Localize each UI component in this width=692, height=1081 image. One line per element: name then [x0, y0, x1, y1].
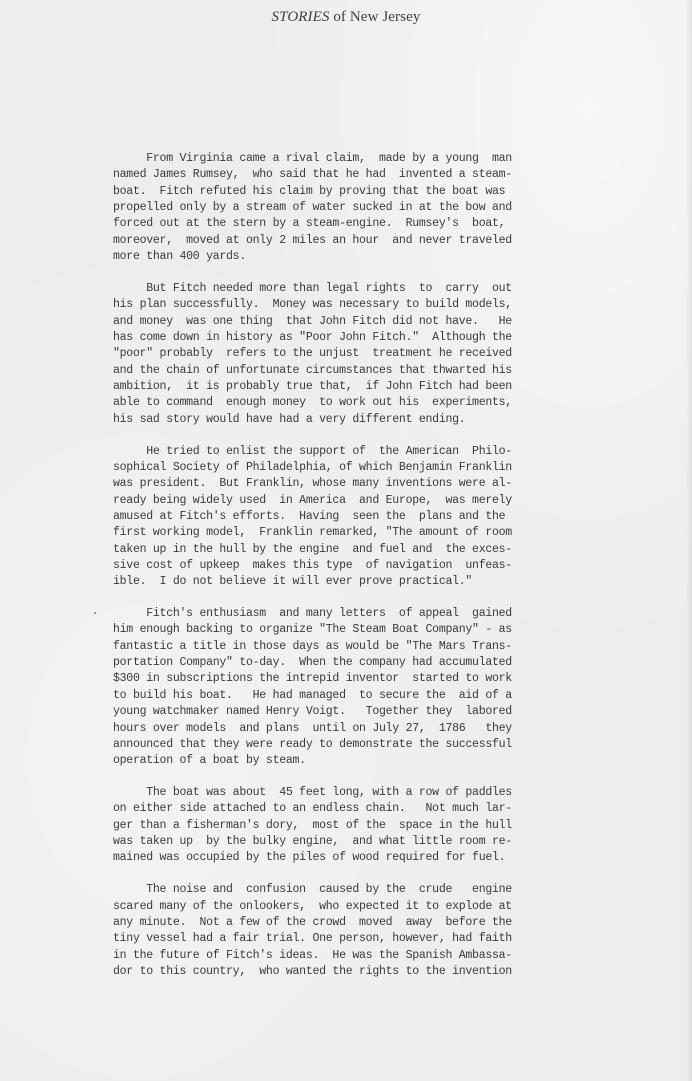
text-line: dor to this country, who wanted the righ… — [113, 964, 623, 980]
text-line: portation Company" to-day. When the comp… — [113, 655, 623, 671]
text-line: was president. But Franklin, whose many … — [113, 476, 623, 492]
text-line: young watchmaker named Henry Voigt. Toge… — [113, 704, 623, 720]
running-header-series: STORIES — [272, 9, 330, 25]
text-line: his plan successfully. Money was necessa… — [113, 297, 623, 313]
text-line: his sad story would have had a very diff… — [113, 412, 623, 428]
text-line: announced that they were ready to demons… — [113, 737, 623, 753]
text-line: sive cost of upkeep makes this type of n… — [113, 558, 623, 574]
running-header-rest: of New Jersey — [329, 9, 420, 25]
text-line: Fitch's enthusiasm and many letters of a… — [113, 606, 623, 622]
text-line: ready being widely used in America and E… — [113, 493, 623, 509]
text-line: From Virginia came a rival claim, made b… — [113, 151, 623, 167]
paragraph: He tried to enlist the support of the Am… — [113, 444, 623, 591]
text-line: able to command enough money to work out… — [113, 395, 623, 411]
text-line: named James Rumsey, who said that he had… — [113, 167, 623, 183]
text-line: ible. I do not believe it will ever prov… — [113, 574, 623, 590]
text-line: was taken up by the bulky engine, and wh… — [113, 834, 623, 850]
text-line: mained was occupied by the piles of wood… — [113, 850, 623, 866]
text-line: moreover, moved at only 2 miles an hour … — [113, 233, 623, 249]
text-line: sophical Society of Philadelphia, of whi… — [113, 460, 623, 476]
text-line: any minute. Not a few of the crowd moved… — [113, 915, 623, 931]
document-page: STORIES of New Jersey From Virginia came… — [0, 0, 692, 1081]
text-line: amused at Fitch's efforts. Having seen t… — [113, 509, 623, 525]
text-line: "poor" probably refers to the unjust tre… — [113, 346, 623, 362]
text-line: more than 400 yards. — [113, 249, 623, 265]
text-line: and money was one thing that John Fitch … — [113, 314, 623, 330]
text-line: first working model, Franklin remarked, … — [113, 525, 623, 541]
body-text: From Virginia came a rival claim, made b… — [113, 151, 623, 996]
text-line: ambition, it is probably true that, if J… — [113, 379, 623, 395]
text-line: scared many of the onlookers, who expect… — [113, 899, 623, 915]
paragraph: The noise and confusion caused by the cr… — [113, 882, 623, 980]
text-line: forced out at the stern by a steam-engin… — [113, 216, 623, 232]
text-line: He tried to enlist the support of the Am… — [113, 444, 623, 460]
text-line: taken up in the hull by the engine and f… — [113, 542, 623, 558]
paragraph: Fitch's enthusiasm and many letters of a… — [113, 606, 623, 769]
text-line: and the chain of unfortunate circumstanc… — [113, 363, 623, 379]
text-line: $300 in subscriptions the intrepid inven… — [113, 671, 623, 687]
text-line: on either side attached to an endless ch… — [113, 801, 623, 817]
text-line: in the future of Fitch's ideas. He was t… — [113, 948, 623, 964]
paragraph: The boat was about 45 feet long, with a … — [113, 785, 623, 867]
text-line: operation of a boat by steam. — [113, 753, 623, 769]
text-line: ger than a fisherman's dory, most of the… — [113, 818, 623, 834]
running-header: STORIES of New Jersey — [0, 9, 692, 26]
text-line: hours over models and plans until on Jul… — [113, 721, 623, 737]
text-line: The boat was about 45 feet long, with a … — [113, 785, 623, 801]
page-edge-shadow — [686, 0, 692, 1081]
text-line: boat. Fitch refuted his claim by proving… — [113, 184, 623, 200]
text-line: has come down in history as "Poor John F… — [113, 330, 623, 346]
text-line: him enough backing to organize "The Stea… — [113, 622, 623, 638]
paragraph: But Fitch needed more than legal rights … — [113, 281, 623, 428]
text-line: to build his boat. He had managed to sec… — [113, 688, 623, 704]
text-line: propelled only by a stream of water suck… — [113, 200, 623, 216]
text-line: fantastic a title in those days as would… — [113, 639, 623, 655]
text-line: tiny vessel had a fair trial. One person… — [113, 931, 623, 947]
stray-ink-dot — [94, 612, 96, 614]
text-line: The noise and confusion caused by the cr… — [113, 882, 623, 898]
text-line: But Fitch needed more than legal rights … — [113, 281, 623, 297]
paragraph: From Virginia came a rival claim, made b… — [113, 151, 623, 265]
